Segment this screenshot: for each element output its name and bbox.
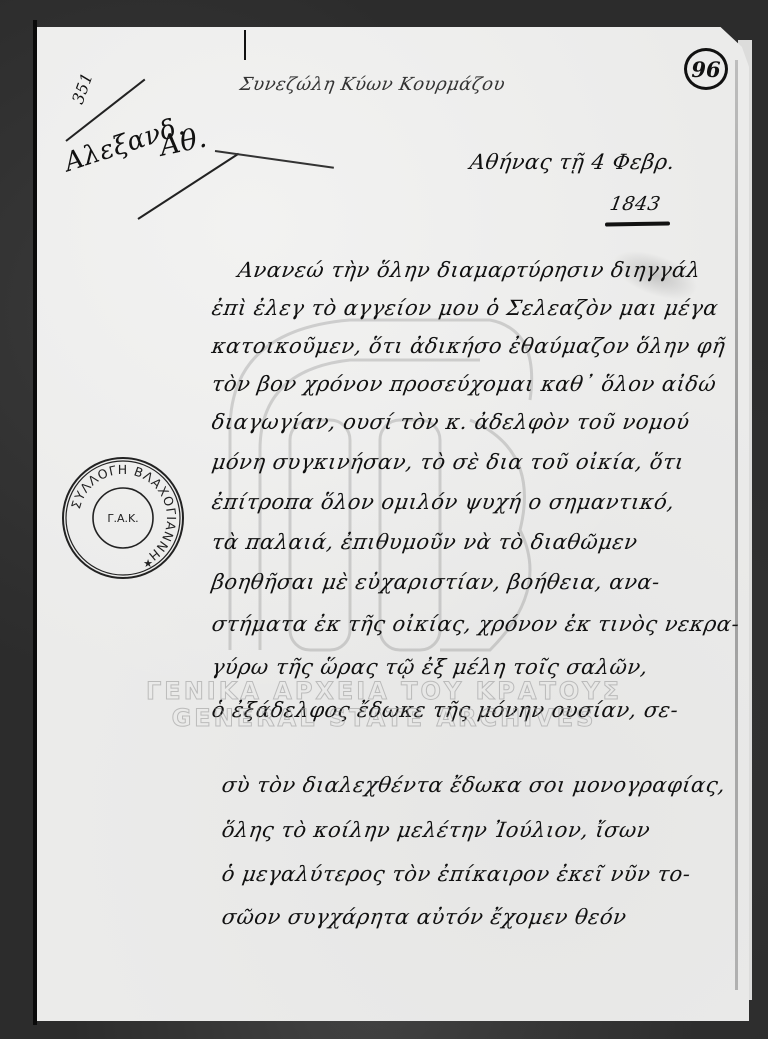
collection-stamp-icon: ΣΥΛΛΟΓΗ ΒΛΑΧΟΓΙΑΝΝΗ Γ.Α.Κ. ★ [60, 455, 186, 581]
body-line: κατοικοῦμεν, ὅτι ἀδικήσο ἐθαύμαζον ὅλην … [210, 334, 727, 358]
body-line: ἐπίτροπα ὅλον ομιλόν ψυχή ο σημαντικό, [210, 490, 676, 514]
margin-tick-mark [244, 30, 246, 60]
body-line: ὅλης τὸ κοίλην μελέτην Ἰούλιον, ἴσων [220, 818, 652, 842]
body-line: ὁ μεγαλύτερος τὸν ἐπίκαιρον ἐκεῖ νῦν το- [220, 862, 692, 886]
paper-fold-line [735, 60, 738, 990]
body-line: διαγωγίαν, ουσί τὸν κ. ἀδελφὸν τοῦ νομού [210, 410, 691, 434]
folio-number: 96 [684, 48, 728, 90]
body-line: σῶον συγχάρητα αὐτόν ἔχομεν θεόν [220, 905, 628, 929]
body-line: βοηθῆσαι μὲ εὐχαριστίαν, βοήθεια, ανα- [210, 570, 661, 594]
stamp-inner-text: Γ.Α.Κ. [107, 512, 138, 525]
body-line: ἐπὶ ἐλεγ τὸ αγγείον μου ὁ Σελεαζὸν μαι μ… [210, 296, 720, 320]
body-line: Ανανεώ τὴν ὅλην διαμαρτύρησιν διηγγάλ [236, 258, 702, 282]
body-line: τὸν βον χρόνον προσεύχομαι καθ᾽ ὅλον αἰδ… [210, 372, 718, 396]
place-date: Αθήνας τῇ 4 Φεβρ. [468, 150, 676, 174]
year: 1843 [608, 193, 662, 215]
scan-border-left [33, 20, 37, 1025]
archive-watermark-greek: ΓΕΝΙΚΑ ΑΡΧΕΙΑ ΤΟΥ ΚΡΑΤΟΥΣ [0, 677, 768, 705]
body-line: σὺ τὸν διαλεχθέντα ἔδωκα σοι μονογραφίας… [220, 773, 727, 797]
archive-watermark-english: GENERAL STATE ARCHIVES [0, 704, 768, 732]
header-note: Συνεζώλη Κύων Κουρμάζου [238, 74, 507, 95]
body-line: μόνη συγκινήσαν, τὸ σὲ δια τοῦ οἰκία, ὅτ… [210, 450, 685, 474]
body-line: γύρω τῆς ὥρας τῷ ἐξ μέλη τοῖς σαλῶν, [210, 655, 649, 679]
body-line: στήματα ἐκ τῆς οἰκίας, χρόνον ἐκ τινὸς ν… [210, 612, 741, 636]
body-line: τὰ παλαιά, ἐπιθυμοῦν νὰ τὸ διαθῶμεν [210, 530, 639, 554]
stamp-star-icon: ★ [143, 557, 153, 570]
